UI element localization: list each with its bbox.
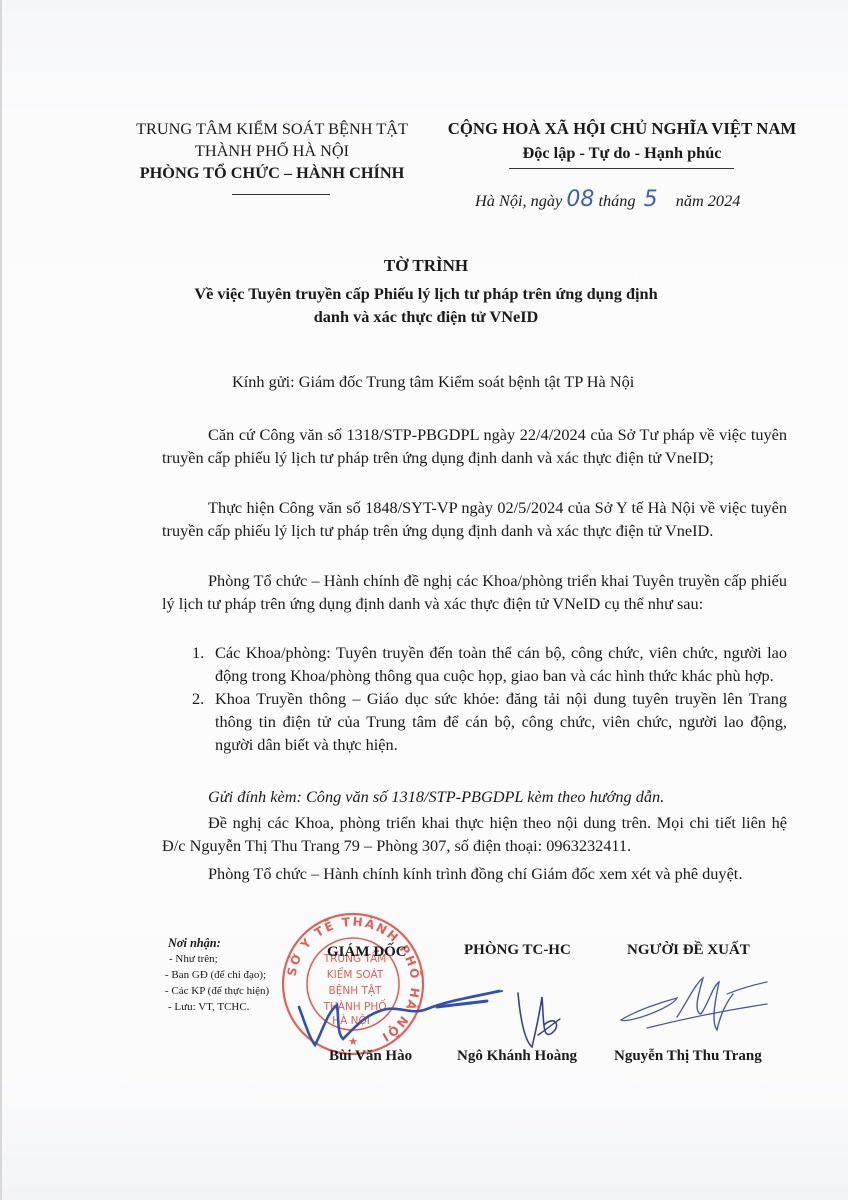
nation-motto: Độc lập - Tự do - Hạnh phúc — [422, 142, 822, 163]
task-list-item: 2. Khoa Truyền thông – Giáo dục sức khỏe… — [192, 687, 787, 756]
seal-inner-line: KIỂM SOÁT — [327, 967, 384, 981]
list-text: Khoa Truyền thông – Giáo dục sức khỏe: đ… — [215, 689, 787, 754]
date-month-label: tháng — [598, 191, 635, 210]
document-type-title: TỜ TRÌNH — [2, 256, 848, 276]
department-underline — [232, 194, 330, 195]
recipient-item: - Các KP (để thực hiện) — [165, 985, 269, 997]
signature-title-proposer: NGƯỜI ĐỀ XUẤT — [627, 942, 750, 959]
attachment-note: Gửi đính kèm: Công văn số 1318/STP-PBGDP… — [208, 785, 664, 808]
paragraph-implementation: Thực hiện Công văn số 1848/SYT-VP ngày 0… — [162, 496, 787, 542]
department-name: PHÒNG TỔ CHỨC – HÀNH CHÍNH — [102, 162, 442, 183]
list-text: Các Khoa/phòng: Tuyên truyền đến toàn th… — [215, 643, 787, 685]
subject-line2: danh và xác thực điện tử VNeID — [2, 307, 848, 327]
agency-name-line2: THÀNH PHỐ HÀ NỘI — [102, 140, 442, 161]
agency-name-line1: TRUNG TÂM KIỂM SOÁT BỆNH TẬT — [102, 118, 442, 139]
issue-date: Hà Nội, ngày 08 tháng 5 năm 2024 — [475, 187, 740, 212]
signature-title-director: GIÁM ĐỐC — [327, 944, 407, 961]
signature-name-proposer: Nguyễn Thị Thu Trang — [614, 1048, 762, 1065]
addressee: Kính gửi: Giám đốc Trung tâm Kiểm soát b… — [232, 370, 634, 393]
motto-underline — [509, 168, 734, 169]
signature-title-department: PHÒNG TC-HC — [464, 942, 571, 959]
department-head-signature-icon — [442, 985, 562, 1055]
signature-name-director: Bùi Văn Hào — [329, 1048, 412, 1065]
date-year: năm 2024 — [676, 191, 741, 210]
list-number: 1. — [192, 641, 204, 664]
paragraph-request: Đề nghị các Khoa, phòng triển khai thực … — [162, 811, 787, 857]
paragraph-basis: Căn cứ Công văn số 1318/STP-PBGDPL ngày … — [162, 423, 787, 469]
subject-line1: Về việc Tuyên truyền cấp Phiếu lý lịch t… — [2, 284, 848, 304]
nation-title: CỘNG HOÀ XÃ HỘI CHỦ NGHĨA VIỆT NAM — [422, 118, 822, 139]
signature-name-department: Ngô Khánh Hoàng — [457, 1048, 577, 1065]
list-number: 2. — [192, 687, 204, 710]
recipient-item: - Như trên; — [169, 953, 218, 965]
recipients-title: Nơi nhận: — [168, 936, 221, 951]
date-month: 5 — [644, 187, 658, 212]
recipient-item: - Lưu: VT, TCHC. — [168, 1001, 249, 1013]
task-list: 1. Các Khoa/phòng: Tuyên truyền đến toàn… — [192, 641, 787, 756]
paragraph-closing: Phòng Tổ chức – Hành chính kính trình đồ… — [162, 862, 787, 885]
task-list-item: 1. Các Khoa/phòng: Tuyên truyền đến toàn… — [192, 641, 787, 687]
proposer-signature-icon — [617, 972, 777, 1052]
date-day: 08 — [566, 187, 594, 212]
paragraph-proposal: Phòng Tổ chức – Hành chính đề nghị các K… — [162, 569, 787, 615]
date-prefix: Hà Nội, ngày — [475, 191, 562, 210]
document-page: TRUNG TÂM KIỂM SOÁT BỆNH TẬT THÀNH PHỐ H… — [0, 0, 848, 1200]
recipient-item: - Ban GĐ (để chỉ đạo); — [165, 969, 266, 981]
